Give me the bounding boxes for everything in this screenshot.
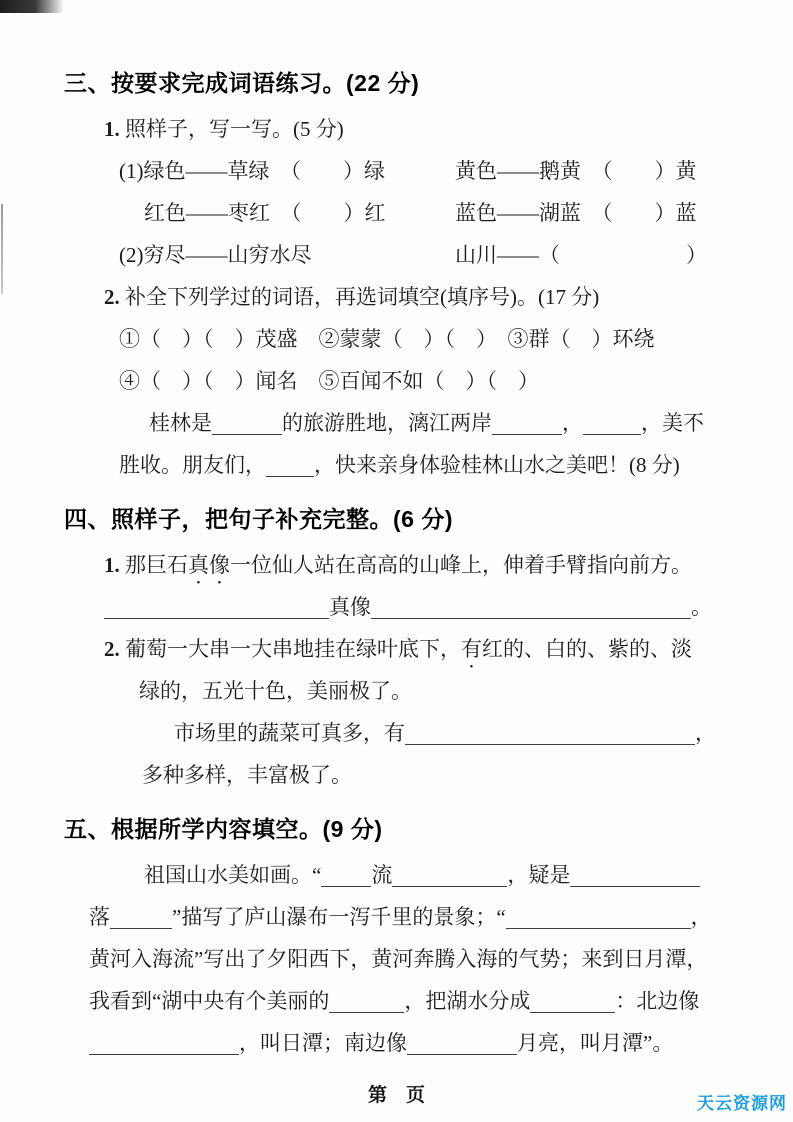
text-run: 照样子，写一写。(5 分) bbox=[125, 117, 344, 141]
fill-blank bbox=[371, 596, 691, 619]
text-run: 黄色——鹅黄 （ ）黄 bbox=[455, 159, 697, 183]
text-run: ，叫日潭；南边像 bbox=[239, 1031, 407, 1055]
text-run: 落 bbox=[89, 905, 110, 929]
s3-q1-row-3: (2)穷尽——山穷水尽山川——（ ） bbox=[64, 234, 735, 276]
text-run: 多种多样，丰富极了。 bbox=[142, 763, 352, 787]
text-run: 五、根据所学内容填空。(9 分) bbox=[64, 816, 383, 842]
s3-q2-prompt: 2. 补全下列学过的词语，再选词填空(填序号)。(17 分) bbox=[64, 276, 735, 318]
text-run: 。 bbox=[691, 595, 712, 619]
text-run: 葡萄一大串一大串地挂在绿叶底下， bbox=[125, 637, 461, 661]
text-run: 1. bbox=[104, 117, 125, 141]
text-run: 胜收。朋友们， bbox=[119, 453, 266, 477]
text-run: (2)穷尽——山穷水尽 bbox=[119, 234, 455, 276]
section-5-heading: 五、根据所学内容填空。(9 分) bbox=[64, 808, 735, 850]
s3-q2-words-row-1: ①（ ）（ ）茂盛 ②蒙蒙（ ）（ ） ③群（ ）环绕 bbox=[64, 318, 735, 360]
s3-q1-row-2: 红色——枣红 （ ）红蓝色——湖蓝 （ ）蓝 bbox=[64, 192, 735, 234]
text-run: 月亮，叫月潭”。 bbox=[517, 1031, 673, 1055]
fill-blank bbox=[405, 722, 695, 745]
s5-fill-line-2: 落”描写了庐山瀑布一泻千里的景象；“， bbox=[64, 896, 735, 938]
text-run: ①（ ）（ ）茂盛 ②蒙蒙（ ）（ ） ③群（ ）环绕 bbox=[119, 327, 655, 351]
fill-blank bbox=[110, 906, 172, 929]
s3-q1-row-1: (1)绿色——草绿 （ ）绿黄色——鹅黄 （ ）黄 bbox=[64, 150, 735, 192]
fill-blank bbox=[89, 1032, 239, 1055]
text-run: 祖国山水美如画。“ bbox=[144, 863, 321, 887]
fill-blank bbox=[583, 412, 641, 435]
fill-blank bbox=[104, 596, 329, 619]
fill-blank bbox=[329, 990, 404, 1013]
text-run: ， bbox=[562, 411, 583, 435]
text-run: ， bbox=[695, 721, 716, 745]
text-run: 那巨石 bbox=[125, 553, 188, 577]
worksheet: 三、按要求完成词语练习。(22 分)1. 照样子，写一写。(5 分)(1)绿色—… bbox=[0, 0, 793, 1064]
s3-q2-fill-line-2: 胜收。朋友们，，快来亲身体验桂林山水之美吧！(8 分) bbox=[64, 444, 735, 486]
s3-q2-fill-line-1: 桂林是的旅游胜地，漓江两岸，，美不 bbox=[64, 402, 735, 444]
text-run: 2. bbox=[104, 285, 125, 309]
text-run: 2. bbox=[104, 637, 125, 661]
text-run: 红色——枣红 （ ）红 bbox=[144, 192, 455, 234]
text-run: 黄河入海流”写出了夕阳西下，黄河奔腾入海的气势；来到日月潭， bbox=[89, 947, 707, 971]
fill-blank bbox=[392, 864, 507, 887]
text-run: 1. bbox=[104, 553, 125, 577]
fill-blank bbox=[266, 454, 314, 477]
s4-q1-answer-line: 真像。 bbox=[64, 586, 735, 628]
text-run: 红的、白的、紫的、淡 bbox=[482, 637, 692, 661]
text-run: 绿的，五光十色，美丽极了。 bbox=[139, 679, 412, 703]
watermark: 天云资源网 bbox=[697, 1089, 787, 1114]
s5-fill-line-4: 我看到“湖中央有个美丽的，把湖水分成：北边像 bbox=[64, 980, 735, 1022]
fill-blank bbox=[212, 412, 282, 435]
text-run: 的旅游胜地，漓江两岸 bbox=[282, 411, 492, 435]
text-run: ， bbox=[691, 905, 712, 929]
s4-q2-answer-line-2: 多种多样，丰富极了。 bbox=[64, 754, 735, 796]
emphasized-text: 有 bbox=[461, 637, 482, 661]
fill-blank bbox=[407, 1032, 517, 1055]
section-3-heading: 三、按要求完成词语练习。(22 分) bbox=[64, 62, 735, 104]
fill-blank bbox=[530, 990, 615, 1013]
text-run: ，把湖水分成 bbox=[404, 989, 530, 1013]
text-run: 桂林是 bbox=[149, 411, 212, 435]
page: 三、按要求完成词语练习。(22 分)1. 照样子，写一写。(5 分)(1)绿色—… bbox=[0, 0, 793, 1122]
s5-fill-line-1: 祖国山水美如画。“流，疑是 bbox=[64, 854, 735, 896]
fill-blank bbox=[321, 864, 371, 887]
text-run: 山川——（ ） bbox=[455, 243, 707, 267]
text-run: 我看到“湖中央有个美丽的 bbox=[89, 989, 329, 1013]
page-footer: 第 页 bbox=[0, 1080, 793, 1107]
s4-q2-sentence-1: 2. 葡萄一大串一大串地挂在绿叶底下，有红的、白的、紫的、淡 bbox=[64, 628, 735, 670]
s5-fill-line-3: 黄河入海流”写出了夕阳西下，黄河奔腾入海的气势；来到日月潭， bbox=[64, 938, 735, 980]
text-run: ④（ ）（ ）闻名 ⑤百闻不如（ ）（ ） bbox=[119, 369, 539, 393]
text-run: 三、按要求完成词语练习。(22 分) bbox=[64, 70, 419, 96]
text-run: 市场里的蔬菜可真多，有 bbox=[174, 721, 405, 745]
s4-q2-sentence-2: 绿的，五光十色，美丽极了。 bbox=[64, 670, 735, 712]
text-run: 流 bbox=[371, 863, 392, 887]
fill-blank bbox=[506, 906, 691, 929]
text-run: ：北边像 bbox=[615, 989, 699, 1013]
text-run: ”描写了庐山瀑布一泻千里的景象；“ bbox=[172, 905, 506, 929]
emphasized-text: 真像 bbox=[188, 553, 230, 577]
text-run: 一位仙人站在高高的山峰上，伸着手臂指向前方。 bbox=[230, 553, 692, 577]
text-run: ，快来亲身体验桂林山水之美吧！(8 分) bbox=[314, 453, 680, 477]
s3-q1-prompt: 1. 照样子，写一写。(5 分) bbox=[64, 108, 735, 150]
fill-blank bbox=[492, 412, 562, 435]
text-run: ，疑是 bbox=[507, 863, 570, 887]
section-4-heading: 四、照样子，把句子补充完整。(6 分) bbox=[64, 498, 735, 540]
s4-q2-answer-line-1: 市场里的蔬菜可真多，有， bbox=[64, 712, 735, 754]
text-run: 四、照样子，把句子补充完整。(6 分) bbox=[64, 506, 453, 532]
text-run: 补全下列学过的词语，再选词填空(填序号)。(17 分) bbox=[125, 285, 599, 309]
s5-fill-line-5: ，叫日潭；南边像月亮，叫月潭”。 bbox=[64, 1022, 735, 1064]
s3-q2-words-row-2: ④（ ）（ ）闻名 ⑤百闻不如（ ）（ ） bbox=[64, 360, 735, 402]
text-run: (1)绿色——草绿 （ ）绿 bbox=[119, 150, 455, 192]
s4-q1-sentence: 1. 那巨石真像一位仙人站在高高的山峰上，伸着手臂指向前方。 bbox=[64, 544, 735, 586]
text-run: 蓝色——湖蓝 （ ）蓝 bbox=[455, 201, 697, 225]
fill-blank bbox=[570, 864, 700, 887]
text-run: ，美不 bbox=[641, 411, 704, 435]
text-run: 真像 bbox=[329, 595, 371, 619]
